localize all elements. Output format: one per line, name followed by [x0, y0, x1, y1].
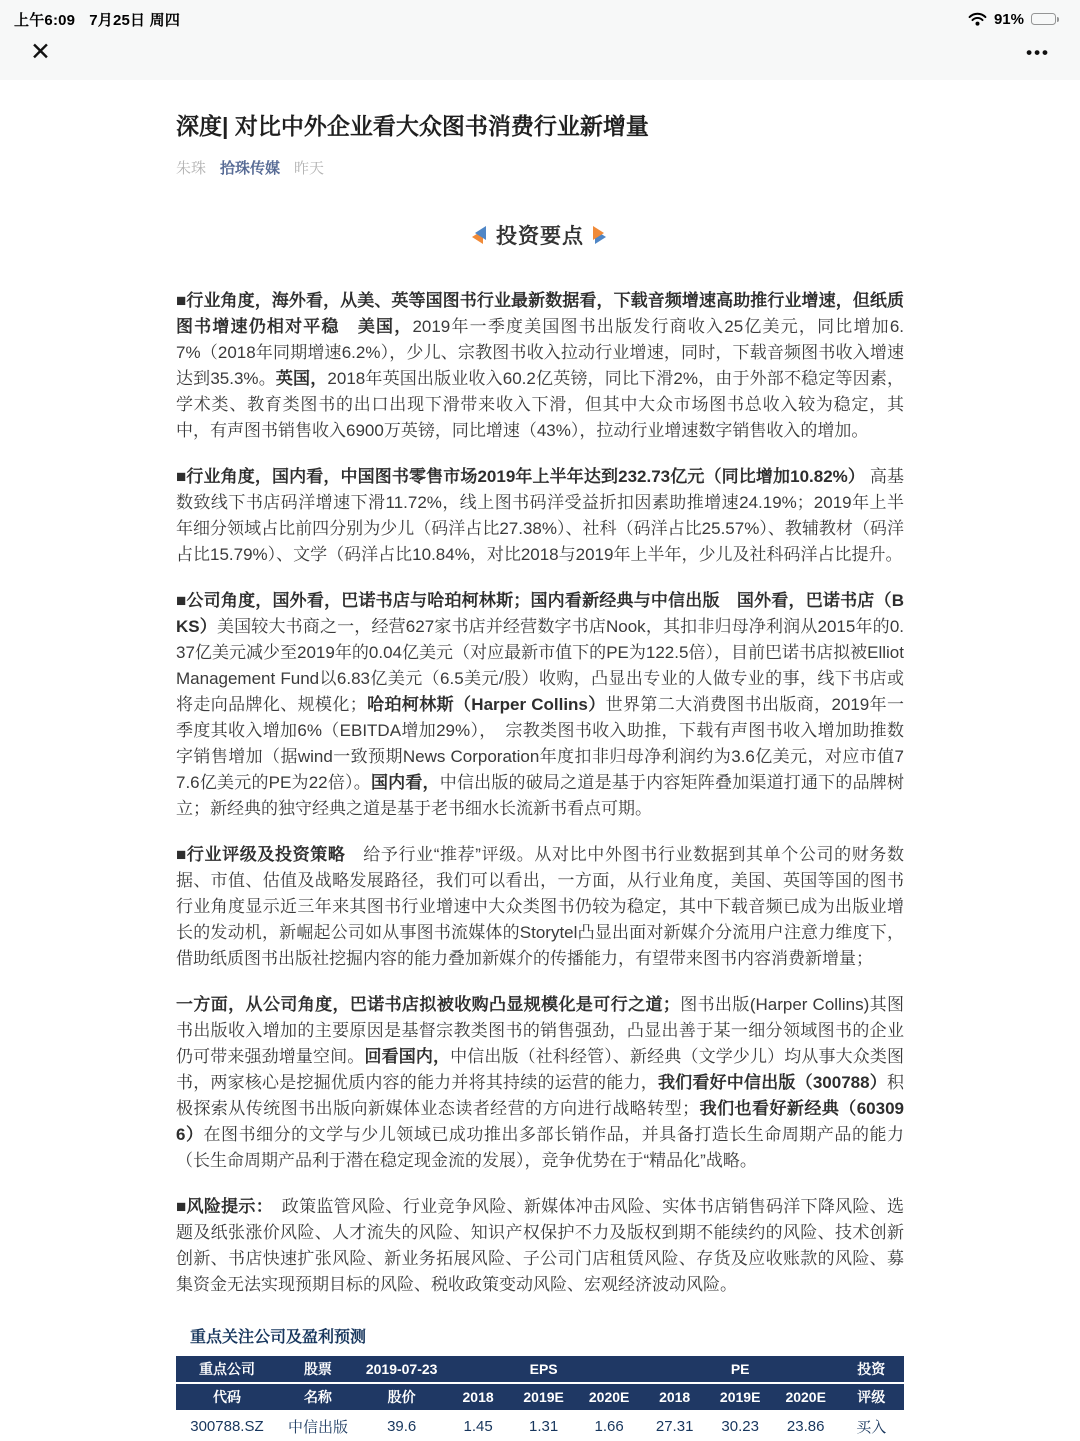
subheader-code: 代码 [176, 1383, 278, 1410]
text-segment: 政策监管风险、行业竞争风险、新媒体冲击风险、实体书店销售码洋下降风险、选题及纸张… [176, 1197, 904, 1294]
cell-ticker: 300788.SZ [176, 1410, 278, 1441]
subheader-pe-2019e: 2019E [707, 1383, 773, 1410]
paragraph-risk-notes: ■风险提示： 政策监管风险、行业竞争风险、新媒体冲击风险、实体书店销售码洋下降风… [176, 1194, 904, 1298]
header-company-code: 重点公司 [176, 1355, 278, 1383]
header-pe-group: PE [642, 1355, 839, 1383]
battery-icon [1031, 13, 1056, 25]
status-bar: 上午6:097月25日 周四 91% [0, 5, 1080, 31]
cell-price: 39.6 [358, 1410, 445, 1441]
paragraph-rating-strategy: ■行业评级及投资策略 给予行业“推荐”评级。从对比中外图书行业数据到其单个公司的… [176, 842, 904, 972]
bold-text-segment: ■行业角度，国内看，中国图书零售市场2019年上半年达到232.73亿元（同比增… [176, 467, 865, 486]
paragraph-company-view: ■公司角度，国外看，巴诺书店与哈珀柯林斯；国内看新经典与中信出版 国外看，巴诺书… [176, 588, 904, 822]
subheader-eps-2019e: 2019E [511, 1383, 577, 1410]
forecast-table-block: 重点关注公司及盈利预测 重点公司 股票 2019-07-23 EPS PE 投 [176, 1324, 904, 1441]
bold-text-segment: ■行业评级及投资策略 [176, 845, 346, 864]
subheader-pe-2018: 2018 [642, 1383, 708, 1410]
article-body: 深度| 对比中外企业看大众图书消费行业新增量 朱珠拾珠传媒昨天 投资要点 ■行业… [176, 80, 904, 1441]
paragraph-industry-domestic: ■行业角度，国内看，中国图书零售市场2019年上半年达到232.73亿元（同比增… [176, 464, 904, 568]
bold-text-segment: 英国， [276, 369, 328, 388]
status-time: 上午6:09 [14, 12, 75, 29]
status-left: 上午6:097月25日 周四 [14, 9, 180, 30]
subheader-rating: 评级 [838, 1383, 904, 1410]
bold-text-segment: 美国， [340, 317, 413, 336]
cell-pe-2020e: 23.86 [773, 1410, 839, 1441]
table-row: 300788.SZ 中信出版 39.6 1.45 1.31 1.66 27.31… [176, 1410, 904, 1441]
top-chrome: 上午6:097月25日 周四 91% ✕ ••• [0, 0, 1080, 80]
author-name: 朱珠 [176, 160, 206, 177]
bold-text-segment: 国内看， [371, 773, 440, 792]
bold-text-segment: 一方面，从公司角度，巴诺书店拟被收购凸显规模化是可行之道； [176, 995, 680, 1014]
cell-company: 中信出版 [278, 1410, 358, 1441]
wifi-icon [968, 12, 987, 26]
status-date: 7月25日 周四 [89, 12, 180, 29]
table-header-row-1: 重点公司 股票 2019-07-23 EPS PE 投资 [176, 1355, 904, 1383]
section-header: 投资要点 [176, 220, 904, 250]
header-eps-group: EPS [445, 1355, 642, 1383]
cell-rating: 买入 [838, 1410, 904, 1441]
status-right: 91% [968, 11, 1056, 28]
cell-pe-2018: 27.31 [642, 1410, 708, 1441]
paragraph-company-strategy: 一方面，从公司角度，巴诺书店拟被收购凸显规模化是可行之道；图书出版(Harper… [176, 992, 904, 1174]
more-menu-icon[interactable]: ••• [1026, 43, 1050, 63]
bold-text-segment: 我们看好中信出版（300788） [658, 1073, 887, 1092]
header-investment: 投资 [838, 1355, 904, 1383]
screen: 上午6:097月25日 周四 91% ✕ ••• 深度| 对比中外企业看大众图书… [0, 0, 1080, 1441]
header-stock: 股票 [278, 1355, 358, 1383]
forecast-table: 重点公司 股票 2019-07-23 EPS PE 投资 代码 名称 股价 20… [176, 1354, 904, 1441]
left-arrow-icon [473, 226, 487, 244]
table-header-row-2: 代码 名称 股价 2018 2019E 2020E 2018 2019E 202… [176, 1383, 904, 1410]
byline: 朱珠拾珠传媒昨天 [176, 157, 904, 178]
nav-bar: ✕ ••• [0, 31, 1080, 80]
subheader-eps-2018: 2018 [445, 1383, 511, 1410]
article-title: 深度| 对比中外企业看大众图书消费行业新增量 [176, 110, 904, 142]
cell-pe-2019e: 30.23 [707, 1410, 773, 1441]
right-arrow-icon [593, 226, 607, 244]
publish-date: 昨天 [294, 160, 324, 177]
subheader-pe-2020e: 2020E [773, 1383, 839, 1410]
header-price-date: 2019-07-23 [358, 1355, 445, 1383]
cell-eps-2020e: 1.66 [576, 1410, 642, 1441]
bold-text-segment: ■风险提示： [176, 1197, 265, 1216]
subheader-price: 股价 [358, 1383, 445, 1410]
battery-percent: 91% [994, 11, 1024, 28]
bold-text-segment: ■公司角度，国外看，巴诺书店与哈珀柯林斯；国内看新经典与中信出版 [176, 591, 720, 610]
subheader-eps-2020e: 2020E [576, 1383, 642, 1410]
paragraph-industry-overseas: ■行业角度，海外看，从美、英等国图书行业最新数据看，下载音频增速高助推行业增速，… [176, 288, 904, 444]
bold-text-segment: 回看国内， [364, 1047, 450, 1066]
text-segment: 在图书细分的文学与少儿领域已成功推出多部长销作品，并具备打造长生命周期产品的能力… [176, 1125, 904, 1170]
subheader-name: 名称 [278, 1383, 358, 1410]
table-caption: 重点关注公司及盈利预测 [176, 1324, 904, 1347]
cell-eps-2018: 1.45 [445, 1410, 511, 1441]
account-link[interactable]: 拾珠传媒 [220, 160, 280, 177]
bold-text-segment: 哈珀柯林斯（Harper Collins） [367, 695, 606, 714]
section-header-label: 投资要点 [496, 220, 584, 250]
cell-eps-2019e: 1.31 [511, 1410, 577, 1441]
close-icon[interactable]: ✕ [30, 40, 51, 65]
